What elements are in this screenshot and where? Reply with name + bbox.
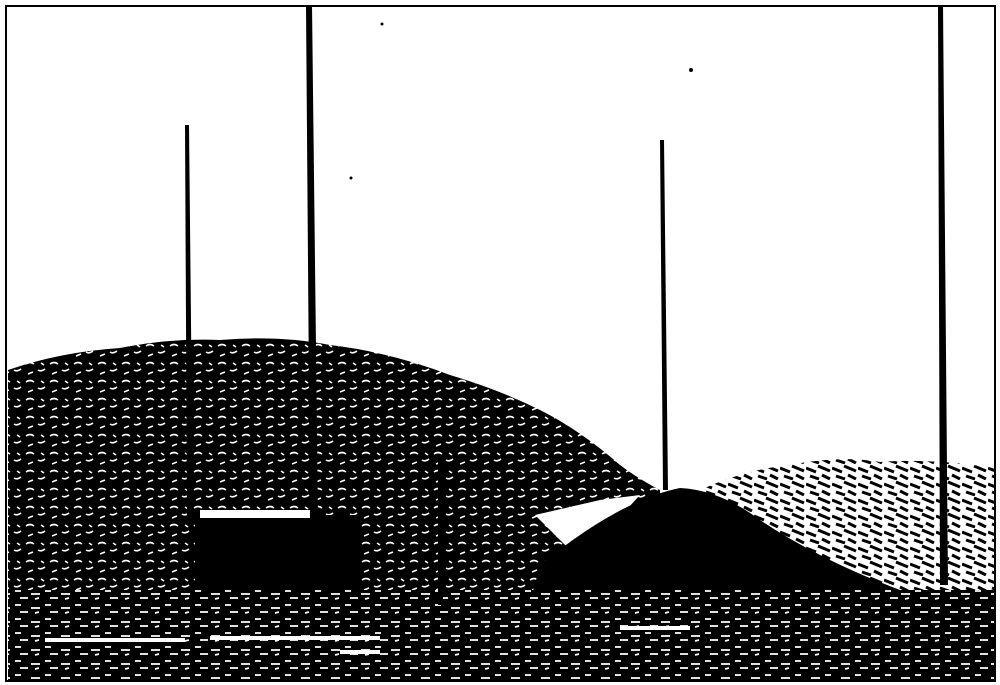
dust-speck bbox=[689, 68, 693, 72]
building-roofline bbox=[200, 510, 310, 518]
small-pole bbox=[438, 455, 443, 605]
dust-speck bbox=[350, 177, 353, 180]
dust-speck bbox=[381, 23, 384, 26]
photo-scene bbox=[0, 0, 1000, 685]
photograph bbox=[0, 0, 1000, 685]
ground bbox=[8, 590, 995, 680]
